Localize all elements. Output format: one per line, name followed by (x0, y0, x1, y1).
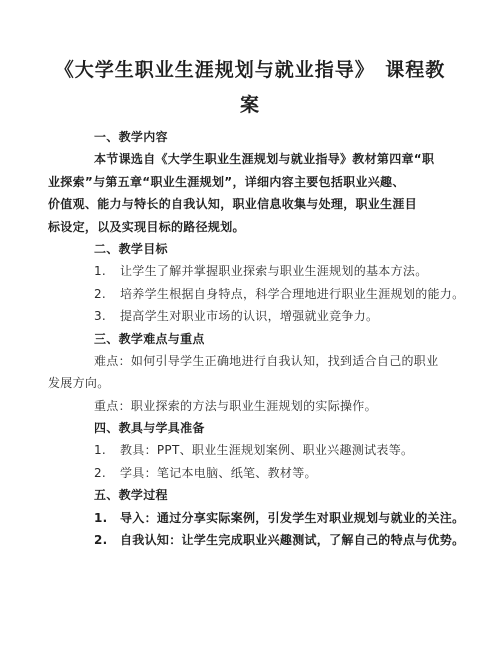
list-item-text: 教具：PPT、职业生涯规划案例、职业兴趣测试表等。 (120, 443, 413, 457)
document-title-line-1: 《大学生职业生涯规划与就业指导》 课程教 (0, 53, 500, 88)
section-5-heading: 五、教学过程 (48, 484, 425, 506)
section-1-paragraph-line: 本节课选自《大学生职业生涯规划与就业指导》教材第四章“职 (48, 148, 425, 170)
list-item-number: 2. (94, 529, 112, 551)
section-1-paragraph-line: 价值观、能力与特长的自我认知，职业信息收集与处理，职业生涯目 (48, 193, 425, 215)
section-1-heading: 一、教学内容 (48, 126, 425, 148)
list-item: 2.培养学生根据自身特点，科学合理地进行职业生涯规划的能力。 (48, 283, 425, 305)
lesson-plan-document-page: 《大学生职业生涯规划与就业指导》 课程教 案 一、教学内容 本节课选自《大学生职… (0, 0, 500, 647)
list-item-text: 学具：笔记本电脑、纸笔、教材等。 (120, 466, 317, 480)
list-item-number: 2. (94, 283, 112, 305)
document-title: 《大学生职业生涯规划与就业指导》 课程教 案 (0, 53, 500, 123)
section-3-heading: 三、教学难点与重点 (48, 328, 425, 350)
section-3-difficulty-line: 发展方向。 (48, 372, 425, 394)
list-item: 2.学具：笔记本电脑、纸笔、教材等。 (48, 462, 425, 484)
section-1-paragraph-line: 业探索”与第五章“职业生涯规划”，详细内容主要包括职业兴趣、 (48, 171, 425, 193)
document-body: 《大学生职业生涯规划与就业指导》 课程教 案 一、教学内容 本节课选自《大学生职… (0, 0, 500, 551)
list-item-text: 导入：通过分享实际案例，引发学生对职业规划与就业的关注。 (120, 511, 464, 525)
list-item-number: 1. (94, 260, 112, 282)
list-item-number: 2. (94, 462, 112, 484)
section-1-paragraph-line: 标设定，以及实现目标的路径规划。 (48, 216, 425, 238)
list-item-number: 1. (94, 507, 112, 529)
section-2-heading: 二、教学目标 (48, 238, 425, 260)
list-item-number: 1. (94, 439, 112, 461)
list-item: 1.教具：PPT、职业生涯规划案例、职业兴趣测试表等。 (48, 439, 425, 461)
list-item: 1.导入：通过分享实际案例，引发学生对职业规划与就业的关注。 (48, 507, 425, 529)
list-item-text: 让学生了解并掌握职业探索与职业生涯规划的基本方法。 (120, 264, 428, 278)
list-item-text: 提高学生对职业市场的认识，增强就业竞争力。 (120, 309, 378, 323)
section-4-heading: 四、教具与学具准备 (48, 417, 425, 439)
section-3-focus-line: 重点：职业探索的方法与职业生涯规划的实际操作。 (48, 395, 425, 417)
list-item: 2.自我认知：让学生完成职业兴趣测试，了解自己的特点与优势。 (48, 529, 425, 551)
section-3-difficulty-line: 难点：如何引导学生正确地进行自我认知，找到适合自己的职业 (48, 350, 425, 372)
list-item-number: 3. (94, 305, 112, 327)
list-item-text: 自我认知：让学生完成职业兴趣测试，了解自己的特点与优势。 (120, 533, 464, 547)
document-title-line-2: 案 (0, 88, 500, 123)
list-item: 3.提高学生对职业市场的认识，增强就业竞争力。 (48, 305, 425, 327)
list-item-text: 培养学生根据自身特点，科学合理地进行职业生涯规划的能力。 (120, 287, 464, 301)
list-item: 1.让学生了解并掌握职业探索与职业生涯规划的基本方法。 (48, 260, 425, 282)
